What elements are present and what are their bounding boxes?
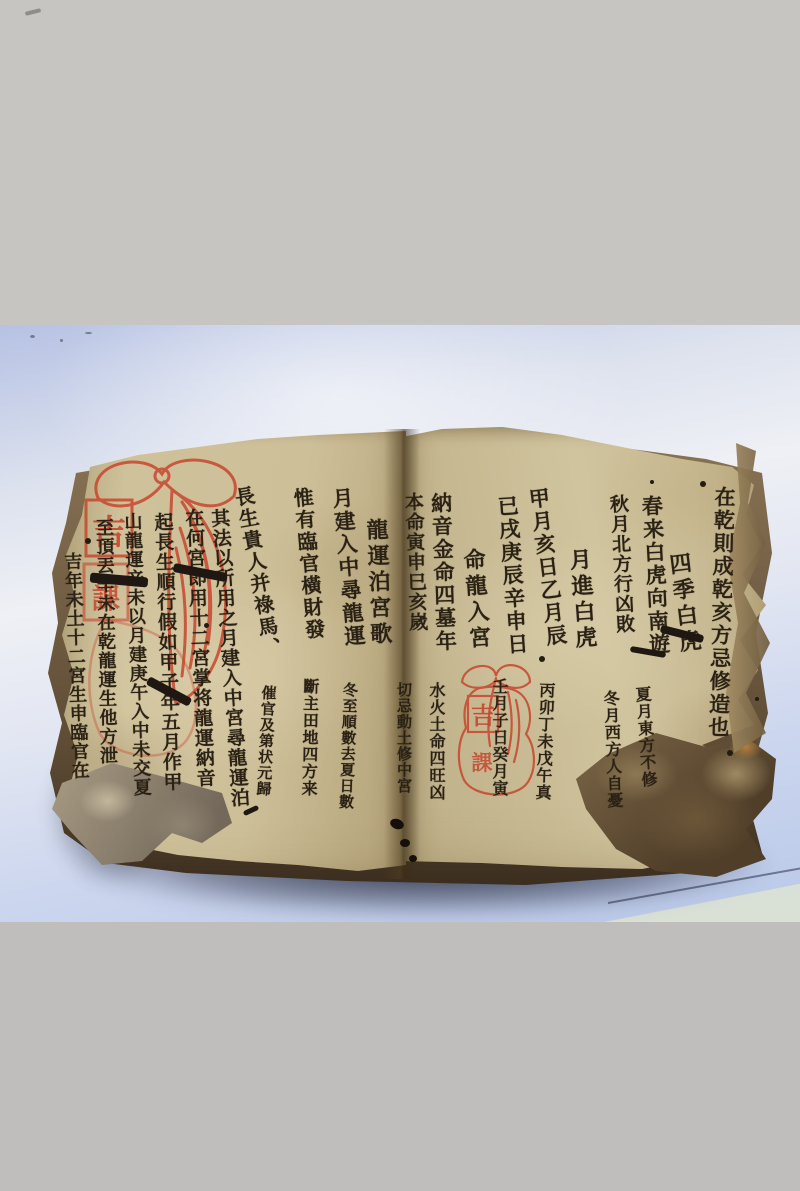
right-page-column-16: 切忌動土修中宮	[394, 682, 415, 794]
right-page-column-11: 壬月子日癸月寅	[488, 678, 511, 797]
ink-dot	[539, 656, 545, 662]
right-page-column-9: 丙卯丁未戊午真	[531, 682, 558, 802]
right-page-column-14: 水火土命四旺凶	[425, 682, 448, 801]
surface-speck	[60, 339, 63, 342]
screenshot: 吉 課 吉 課 在乾則成乾亥方忌修造也 四季白虎 春来白虎向南遊 秋月北方行	[0, 0, 800, 1191]
left-page-column-3: 冬至順數去夏日數	[336, 682, 361, 811]
letterbox-bottom	[0, 922, 800, 1191]
letterbox-top	[0, 0, 800, 325]
right-page-column-6: 冬月西方人自憂	[599, 690, 626, 810]
ink-blot	[400, 839, 410, 847]
ink-blot	[409, 855, 417, 862]
right-page-column-15: 本命寅申巳亥嵗	[400, 492, 432, 633]
ink-dot	[700, 481, 706, 487]
ink-dot	[755, 697, 759, 701]
ink-dot	[85, 538, 91, 544]
ink-dot	[650, 480, 654, 484]
photo: 吉 課 吉 課 在乾則成乾亥方忌修造也 四季白虎 春来白虎向南遊 秋月北方行	[0, 325, 800, 922]
ink-dot	[727, 750, 733, 756]
left-page-column-12: 至頂丟辛未在乾龍運生他方泄	[90, 518, 120, 765]
surface-speck	[30, 335, 35, 338]
left-page-column-5: 斷主田地四方来	[297, 678, 322, 797]
surface-speck	[85, 332, 92, 334]
dust-speck	[25, 8, 41, 16]
ink-dot	[204, 623, 209, 628]
